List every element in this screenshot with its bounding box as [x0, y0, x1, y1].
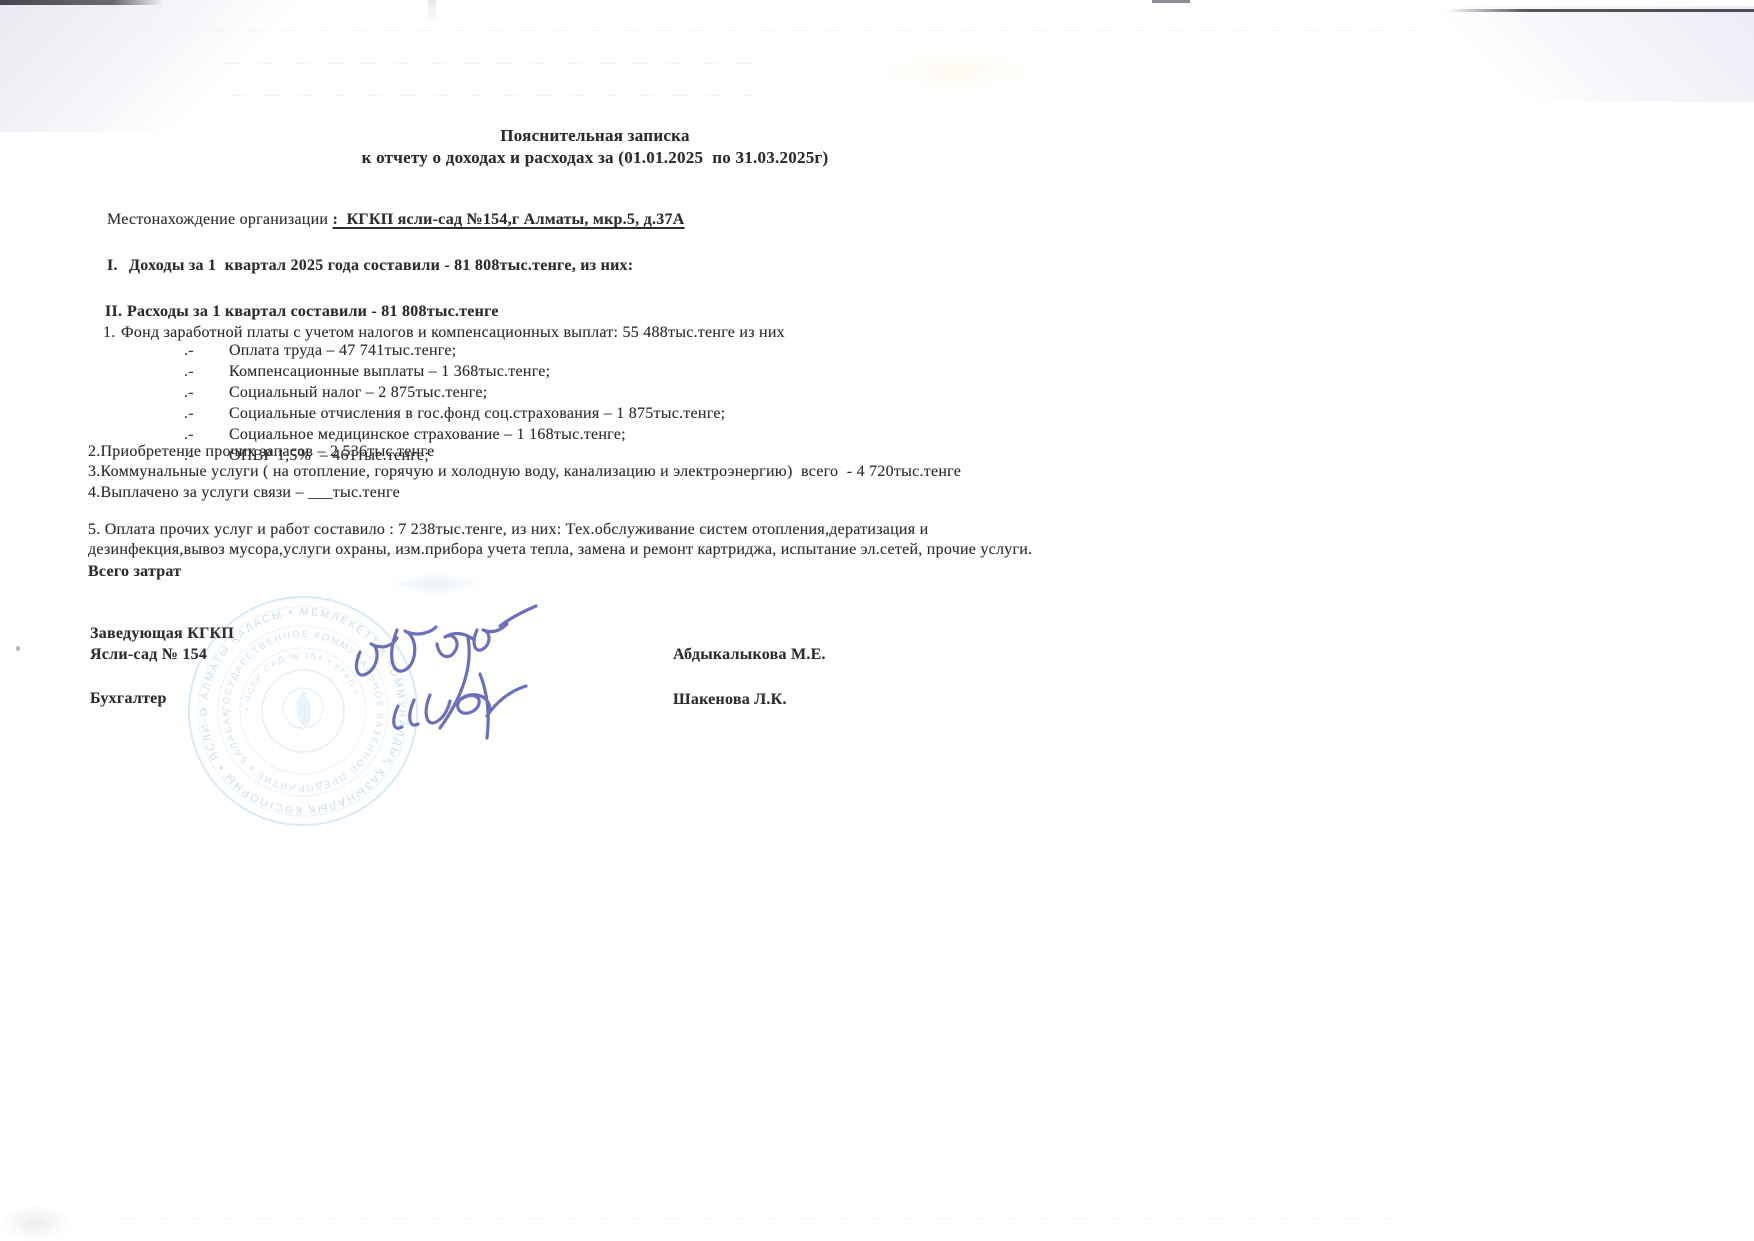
- location-label: Местонахождение организации: [107, 211, 332, 228]
- section-income-text: Доходы за 1 квартал 2025 года составили …: [129, 257, 633, 274]
- scan-artifact-line: [230, 95, 770, 96]
- expense-item-5-line2: дезинфекция,вывоз мусора,услуги охраны, …: [88, 540, 1032, 560]
- accountant-signature: [394, 674, 526, 738]
- director-title-line1: Заведующая КГКП: [90, 624, 234, 644]
- expense-item-4: 4.Выплачено за услуги связи – ___тыс.тен…: [88, 483, 400, 503]
- scan-artifact-line: [120, 1218, 1420, 1219]
- scan-artifact-line: [225, 63, 770, 64]
- scan-edge-mark: [0, 0, 163, 5]
- section-income-numeral: I.: [107, 256, 129, 276]
- document-title-line1: Пояснительная записка: [95, 126, 1095, 146]
- expense-item-3: 3.Коммунальные услуги ( на отопление, го…: [88, 462, 961, 482]
- accountant-title: Бухгалтер: [90, 689, 167, 709]
- scan-edge-mark: [1447, 9, 1754, 12]
- scan-shadow-top-left: [0, 0, 320, 132]
- scan-speck: [16, 646, 20, 651]
- document-title-line2: к отчету о доходах и расходах за (01.01.…: [95, 148, 1095, 168]
- director-title-line2: Ясли-сад № 154: [90, 645, 207, 665]
- handwritten-signatures: [340, 588, 580, 758]
- scan-smudge: [0, 1204, 72, 1241]
- scanned-document-page: • АЛМАТЫ ҚАЛАСЫ • МЕМЛЕКЕТТІК КОММУНАЛДЫ…: [0, 0, 1754, 1241]
- location-value: : КГКП ясли-сад №154,г Алматы, мкр.5, д.…: [332, 211, 684, 228]
- item-number: 1.: [103, 323, 121, 343]
- scan-smudge: [878, 52, 1038, 90]
- stamp-center-emblem: [283, 688, 323, 728]
- expense-item-5-line1: 5. Оплата прочих услуг и работ составило…: [88, 520, 928, 540]
- director-name: Абдыкалыкова М.Е.: [673, 645, 826, 665]
- accountant-name: Шакенова Л.К.: [673, 690, 787, 710]
- scan-smudge: [428, 0, 436, 26]
- scan-edge-mark: [1152, 0, 1190, 3]
- expense-item-2: 2.Приобретение прочих запасов – 2 536тыс…: [88, 442, 434, 462]
- scan-shadow-top-right: [1438, 6, 1754, 102]
- scan-artifact-line: [10, 30, 1440, 31]
- total-expenses-label: Всего затрат: [88, 562, 181, 582]
